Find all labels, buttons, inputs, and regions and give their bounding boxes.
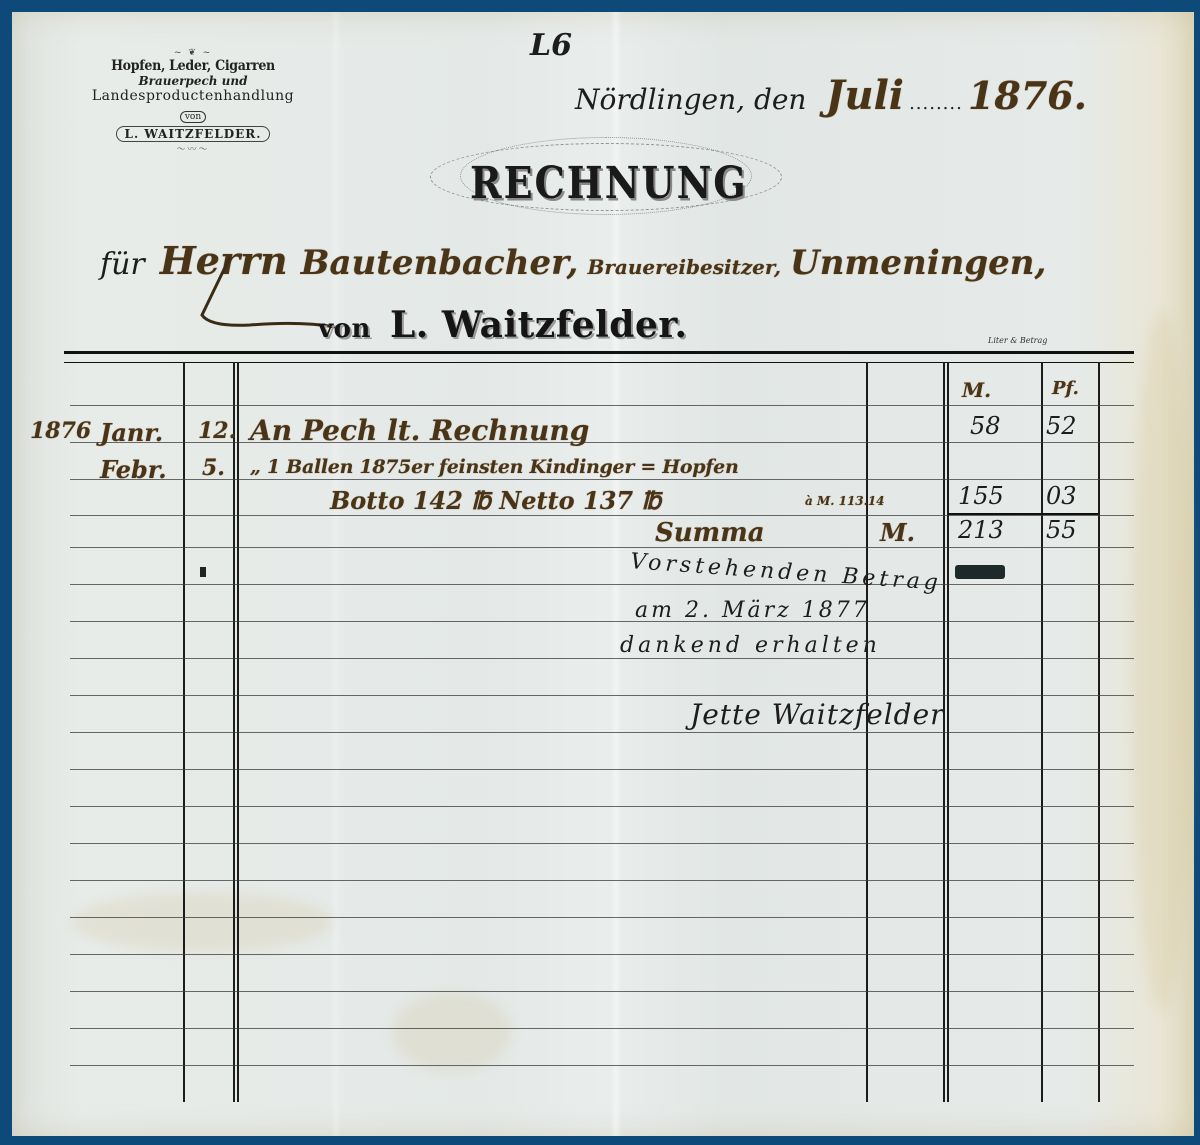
item-description: Botto 142 ℔ Netto 137 ℔ bbox=[330, 486, 661, 515]
header-rule-thin bbox=[64, 362, 1134, 363]
folio-mark: L6 bbox=[530, 28, 572, 63]
item-rate: à M. 113.14 bbox=[805, 494, 885, 508]
subtotal-rule bbox=[948, 513, 1098, 515]
column-header-pf: Pf. bbox=[1052, 378, 1079, 399]
item-pf: 03 bbox=[1046, 482, 1077, 510]
place-text: Nördlingen, den bbox=[575, 83, 806, 116]
letterhead-ornament: ~ ❦ ~ bbox=[68, 48, 318, 58]
recipient-name: Bautenbacher, bbox=[301, 243, 579, 283]
date-month: Juli bbox=[826, 72, 904, 119]
receipt-line-3: dankend erhalten bbox=[620, 633, 881, 658]
vendor-line: von L. Waitzfelder. bbox=[318, 304, 688, 346]
letterhead: ~ ❦ ~ Hopfen, Leder, Cigarren Brauerpech… bbox=[68, 48, 318, 155]
item-mark: 155 bbox=[958, 482, 1004, 510]
paper-stain bbox=[72, 892, 332, 952]
paper-fold bbox=[330, 12, 342, 1136]
place-date: Nördlingen, den Juli ........ 1876. bbox=[575, 72, 1087, 119]
column-header-mark: M. bbox=[962, 378, 991, 402]
ink-blot bbox=[955, 565, 1005, 579]
letterhead-goods: Hopfen, Leder, Cigarren bbox=[68, 58, 318, 74]
item-mark: 58 bbox=[970, 412, 1001, 440]
paper-stain bbox=[392, 992, 512, 1072]
item-day: 5. bbox=[202, 455, 225, 481]
ink-spot bbox=[200, 567, 206, 577]
paper-stain bbox=[1132, 312, 1192, 1012]
letterhead-ornament: 〜〰〜 bbox=[68, 142, 318, 155]
signature: Jette Waitzfelder bbox=[690, 698, 945, 731]
letterhead-firm: L. WAITZFELDER. bbox=[116, 126, 271, 142]
recipient-prefix: für bbox=[100, 247, 145, 282]
date-dots: ........ bbox=[909, 93, 963, 114]
total-mark: 213 bbox=[958, 516, 1004, 544]
letterhead-goods-2: Brauerpech und bbox=[68, 74, 318, 88]
small-header-note: Liter & Betrag bbox=[988, 336, 1047, 345]
item-pf: 52 bbox=[1046, 412, 1077, 440]
total-pf: 55 bbox=[1046, 516, 1077, 544]
item-day: 12. bbox=[198, 418, 236, 444]
item-description: An Pech lt. Rechnung bbox=[250, 414, 589, 447]
letterhead-trade: Landesproductenhandlung bbox=[68, 88, 318, 104]
recipient-town: Unmeningen, bbox=[790, 243, 1046, 283]
invoice-title: RECHNUNG bbox=[470, 157, 748, 209]
date-year: 1876. bbox=[968, 73, 1087, 118]
header-rule-thick bbox=[64, 351, 1134, 354]
recipient-occupation: Brauereibesitzer, bbox=[587, 255, 780, 279]
vendor-von: von bbox=[318, 314, 371, 344]
total-currency: M. bbox=[880, 518, 915, 547]
item-description: „ 1 Ballen 1875er feinsten Kindinger = H… bbox=[250, 456, 738, 478]
total-label: Summa bbox=[655, 518, 765, 548]
letterhead-von: von bbox=[180, 111, 206, 123]
receipt-line-2: am 2. März 1877 bbox=[635, 598, 870, 623]
item-month: Janr. bbox=[100, 418, 163, 447]
item-month: Febr. bbox=[100, 455, 167, 484]
item-year: 1876 bbox=[30, 418, 91, 444]
vendor-name: L. Waitzfelder. bbox=[390, 304, 688, 346]
